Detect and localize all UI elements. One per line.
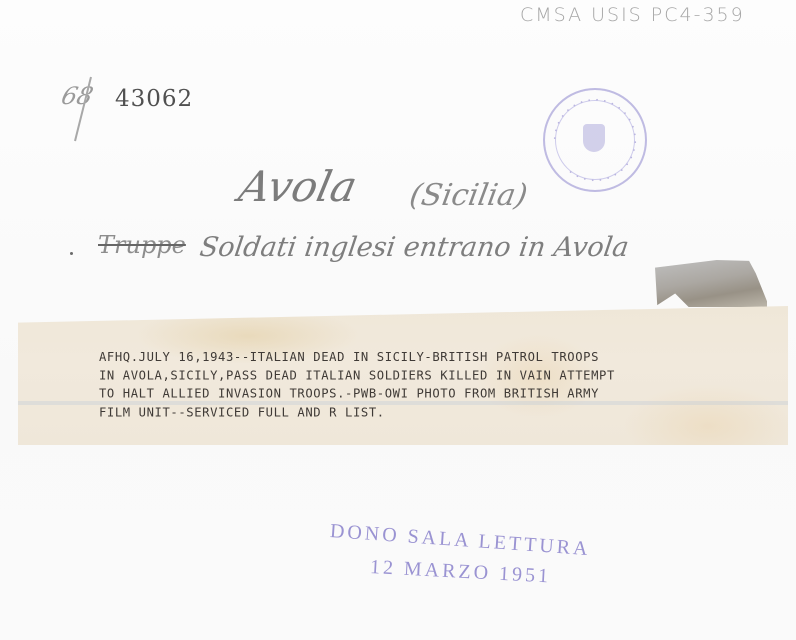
shield-emblem-icon — [583, 124, 605, 152]
inventory-number: 43062 — [115, 86, 193, 112]
library-stamp-date: 12 MARZO 1951 — [369, 556, 551, 588]
folder-number: 68 — [59, 82, 97, 110]
press-caption-text: AFHQ.JULY 16,1943--ITALIAN DEAD IN SICIL… — [99, 348, 615, 422]
handwritten-struck-word: Truppe — [98, 231, 186, 259]
pencil-dot — [70, 252, 73, 255]
handwritten-caption: Soldati inglesi entrano in Avola — [198, 232, 631, 263]
photo-verso-page: CMSA USIS PC4-359 68 43062 • • • • • • •… — [0, 0, 796, 640]
tape-remnant — [655, 259, 767, 307]
handwritten-place: Avola — [235, 162, 362, 211]
archive-reference: CMSA USIS PC4-359 — [520, 4, 745, 26]
handwritten-region: (Sicilia) — [407, 178, 530, 213]
press-caption-strip: AFHQ.JULY 16,1943--ITALIAN DEAD IN SICIL… — [18, 306, 788, 445]
library-stamp-line1: DONO SALA LETTURA — [329, 520, 591, 561]
round-archive-stamp: • • • • • • • • • • • • • • • • • • • • … — [543, 88, 647, 192]
